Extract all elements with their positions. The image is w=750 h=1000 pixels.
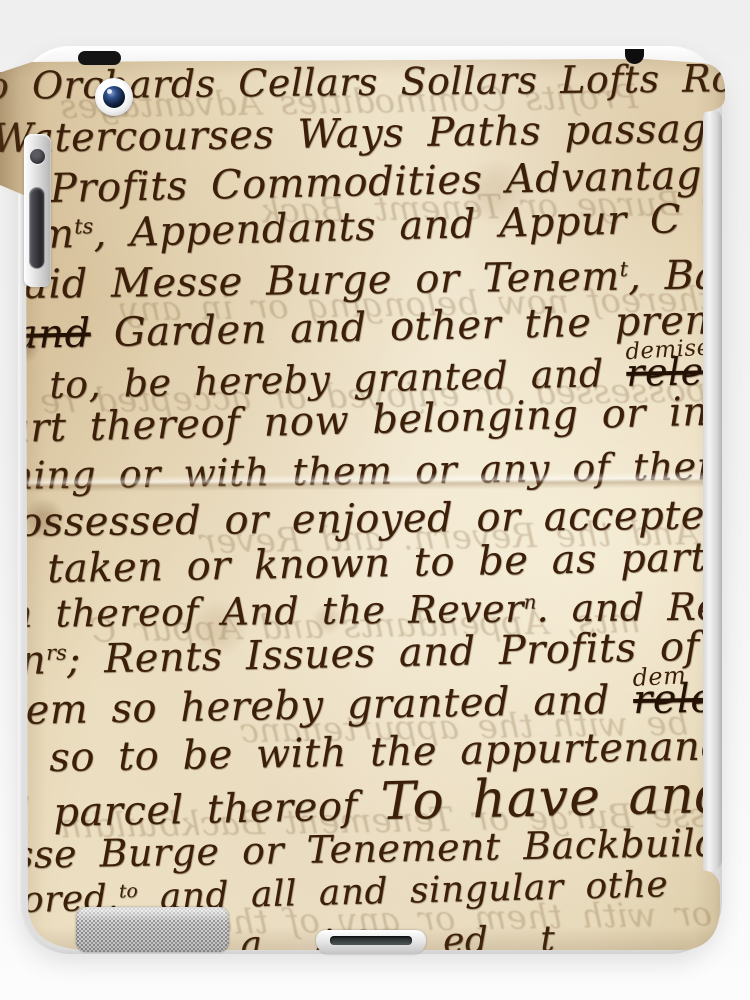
rear-camera-cutout: [95, 78, 133, 116]
volume-rocker: [29, 187, 45, 269]
side-buttons-cutout: [24, 134, 51, 287]
inserted-word: demise de: [625, 332, 750, 365]
inserted-word: dem: [632, 661, 687, 692]
product-shot-background: { "page": { "background": "#f2f2f2" }, "…: [0, 0, 750, 1000]
manuscript-word: , Back: [628, 252, 750, 300]
manuscript-word: to: [119, 881, 138, 902]
mute-switch: [30, 149, 45, 164]
manuscript-word: n: [524, 591, 537, 614]
ipad-right-edge: [700, 108, 722, 872]
manuscript-word: ts: [74, 214, 94, 238]
manuscript-case-print: Profits Commodities Advantagesaid Messe …: [0, 46, 728, 956]
camera-lens: [103, 86, 125, 108]
headphone-jack-cutout: [78, 51, 121, 65]
manuscript-word: aid Messe Burge or Tenem: [24, 254, 620, 308]
dock-connector-slot: [330, 936, 412, 945]
manuscript-word: rs: [46, 641, 67, 665]
speaker-grille: [76, 907, 229, 952]
camera-lens-glint: [107, 89, 112, 94]
dock-connector: [316, 930, 426, 954]
